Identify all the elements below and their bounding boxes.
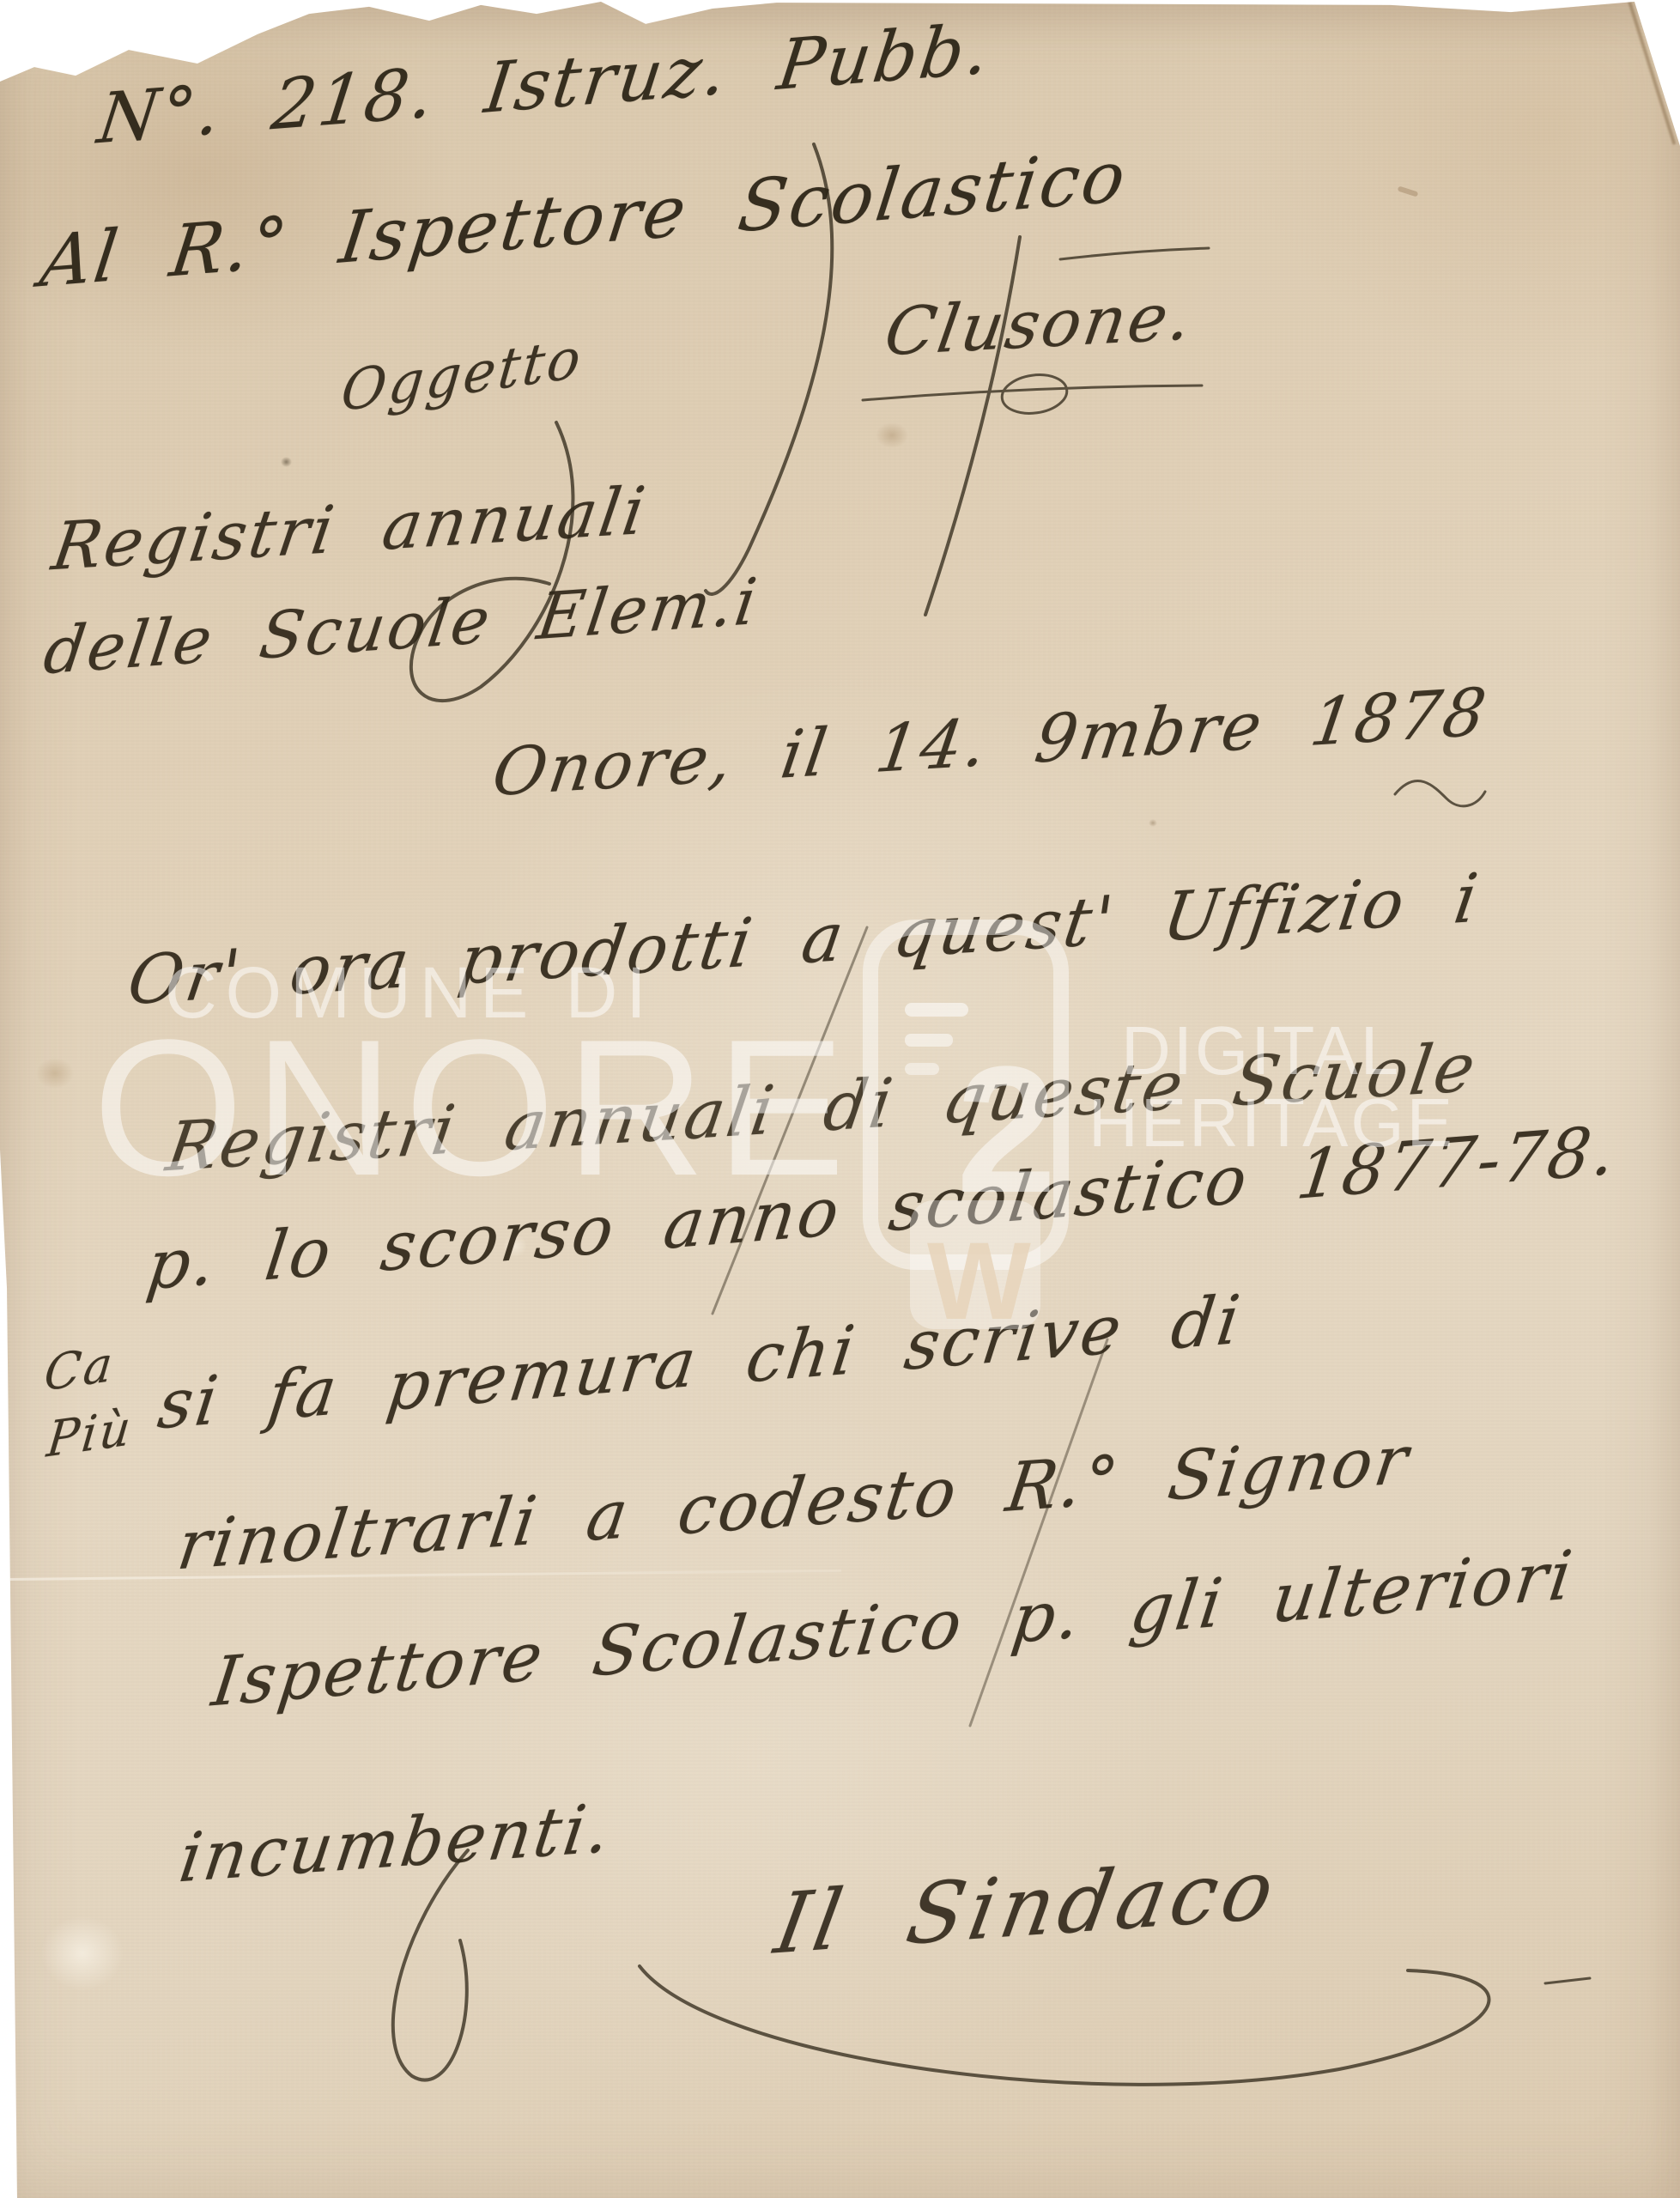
signature-loop-flourish bbox=[393, 1850, 468, 2080]
oggetto-loop-flourish bbox=[411, 422, 573, 701]
logo-glyph-2: 2 bbox=[956, 1029, 1057, 1230]
date-squiggle-flourish bbox=[1395, 780, 1485, 805]
district-underline-flourish bbox=[863, 386, 1202, 400]
signature-dash-flourish bbox=[1545, 1978, 1590, 1983]
body-diagonal-flourish bbox=[970, 1339, 1107, 1726]
district-circle-flourish bbox=[999, 371, 1069, 417]
signature-underline-flourish bbox=[640, 1966, 1489, 2085]
scolastico-dash-flourish bbox=[1060, 248, 1209, 259]
body-diagonal-flourish bbox=[713, 927, 867, 1314]
flourish-strokes bbox=[0, 0, 1680, 2198]
digital-heritage-logo-icon: 2 W bbox=[860, 917, 1082, 1381]
descender-flourish bbox=[706, 144, 832, 594]
document-scan: N°. 218. Istruz. Pubb. Al R.° Ispettore … bbox=[0, 0, 1680, 2198]
logo-glyph-w: W bbox=[927, 1220, 1031, 1343]
paper-sheet: N°. 218. Istruz. Pubb. Al R.° Ispettore … bbox=[0, 0, 1680, 2198]
descender-flourish bbox=[925, 237, 1020, 615]
